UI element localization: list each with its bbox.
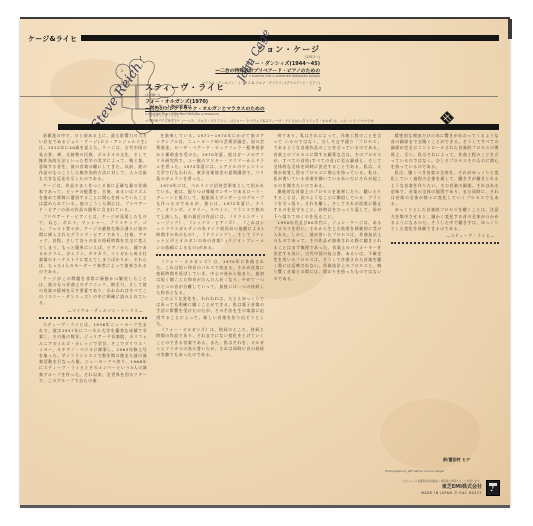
- paragraph: ゆっくりとした音楽的プロセスを聴くことは、注意力を集中させると、細かく変化する音…: [391, 207, 499, 232]
- author-signature: —スティーヴ・ライヒ—: [391, 233, 495, 239]
- paragraph: 私は、聴くべき音楽の全体を、それがゆっくりと変化していく過程の全体を通して、聴き…: [391, 170, 499, 207]
- paragraph: 前衛派の中で、ひと頃ある上に、最も影響力の大きい存在であるジョン・ケージ(ロス・…: [39, 133, 147, 183]
- work-title-cage: スリー・ダンシィズ(1944〜45): [202, 60, 320, 67]
- reich-title-block: スティーヴ・ライヒ (1936〜) フォー・オルガンズ(1970) —四台のエレ…: [145, 82, 375, 128]
- paragraph: 精密的な理由だけの為に響きが伝わってくるような音の細部まで全聞くことができる。そ…: [391, 133, 499, 170]
- label-diamond-logo: [440, 111, 454, 125]
- paragraph: ケージは、作品のまくをつくる前に正確な量の作曲家であって、ピッチの配置を、合奏、…: [39, 183, 147, 214]
- composer-name-reich: スティーヴ・ライヒ: [145, 82, 375, 93]
- liner-notes-column-2: を演奏している。1971〜1974年にかけて彼のアンサンブルは、ニューヨーク州の…: [156, 133, 264, 503]
- side-number-2: 2: [318, 87, 321, 93]
- main-black-bar: [58, 124, 499, 130]
- record-jacket-back: ケージ&ライヒ 124 35 ジャケット表の写真は 1 マイケル・ティルソン・ト…: [20, 17, 510, 505]
- emi-logo-icon: [486, 480, 500, 496]
- footer: このレコードを権利者の許諾なく賃貸業に使用することを禁じます。 東芝EMI株式会…: [402, 479, 482, 495]
- paragraph: ケージがこの問題を非常に新鮮かつ解決したことは、彼のもつ作曲上のテクニック、耐乏…: [39, 276, 147, 307]
- liner-notes-column-3: 何であり、私はそれによって、作曲工程のことを言って いるのではなく、むしろ文字通…: [274, 133, 382, 503]
- dotted-divider: [156, 254, 264, 256]
- photo-credit: Photographs by Jeff Lettner and Ian Seig…: [385, 469, 444, 473]
- paragraph: 漸進的な音楽上のプロセスを演奏したり、聴いたりすることは、次のようなことに類似し…: [274, 189, 382, 220]
- dotted-divider: [39, 317, 147, 319]
- svg-text:2: 2: [121, 69, 123, 73]
- paragraph: 《フォー・オルガンズ》は、結局のところ、持続と時間の作品であり、それまでにない変…: [156, 327, 264, 358]
- translator-credit: 訳/重田村 ヒデ: [443, 457, 470, 463]
- dotted-divider: [391, 242, 499, 244]
- liner-notes: 前衛派の中で、ひと頃ある上に、最も影響力の大きい存在であるジョン・ケージ(ロス・…: [39, 133, 499, 503]
- paragraph: 何であり、私はそれによって、作曲工程のことを言って いるのではなく、むしろ文字通…: [274, 133, 382, 189]
- paragraph: 《フォー・オルガンズ》は、1970年に作曲された。これは短い和音のパルスで始まる…: [156, 259, 264, 296]
- paragraph: 1974年には、ベルリンに招待芸術家として招かれている。彼は、振りつけ舞踊ダンサ…: [156, 183, 264, 251]
- work-english-cage: 3 DANCES FOR 2 AMPLIFIED PREPARED PIANOS: [202, 74, 320, 78]
- author-signature: —マイケル・ティルソン・トーマス—: [39, 308, 143, 314]
- liner-notes-column-4: 精密的な理由だけの為に響きが伝わってくるような音の細部まで全聞くことができる。そ…: [391, 133, 499, 503]
- series-title: ケージ&ライヒ: [28, 34, 77, 44]
- paragraph: 1950年代及び60年代に、ジョン・ケージは、あるプロセスを用い、それから生じた…: [274, 220, 382, 282]
- work-subtitle-reich: —四台のエレクトリック・オルガンとマラカスのための: [145, 105, 375, 112]
- company-name: 東芝EMI株式会社: [402, 483, 482, 490]
- paragraph: プリペアード・ピアノとは、ケージが発案したもので、ねじ、ボルト、ワッシャー、プラ…: [39, 214, 147, 276]
- paragraph: このような変化を、われわれは、たとえゆっくりではあっても明確に聴くことができる。…: [156, 296, 264, 327]
- liner-notes-column-1: 前衛派の中で、ひと頃ある上に、最も影響力の大きい存在であるジョン・ケージ(ロス・…: [39, 133, 147, 503]
- paragraph: スティーヴ・ライヒは、1936年ニューヨーク生まれで、彼は1957年にコーネル大…: [39, 322, 147, 384]
- paragraph: を演奏している。1971〜1974年にかけて彼のアンサンブルは、ニューヨーク州の…: [156, 133, 264, 183]
- side-number-1: 1: [139, 56, 142, 62]
- made-in-catalog: MADE IN JAPAN Ⓟ EAC 80327: [402, 490, 482, 495]
- work-subtitle-cage: —二台の特殊設計プリペアード・ピアノのための: [202, 67, 320, 74]
- work-title-reich: フォー・オルガンズ(1970): [145, 98, 375, 105]
- spine-edge: [508, 19, 512, 39]
- header-black-bar: [81, 35, 499, 41]
- work-english-reich: 4 ORGANS FOR 4 ELECTRIC ORGANS & MARACAS: [145, 112, 375, 116]
